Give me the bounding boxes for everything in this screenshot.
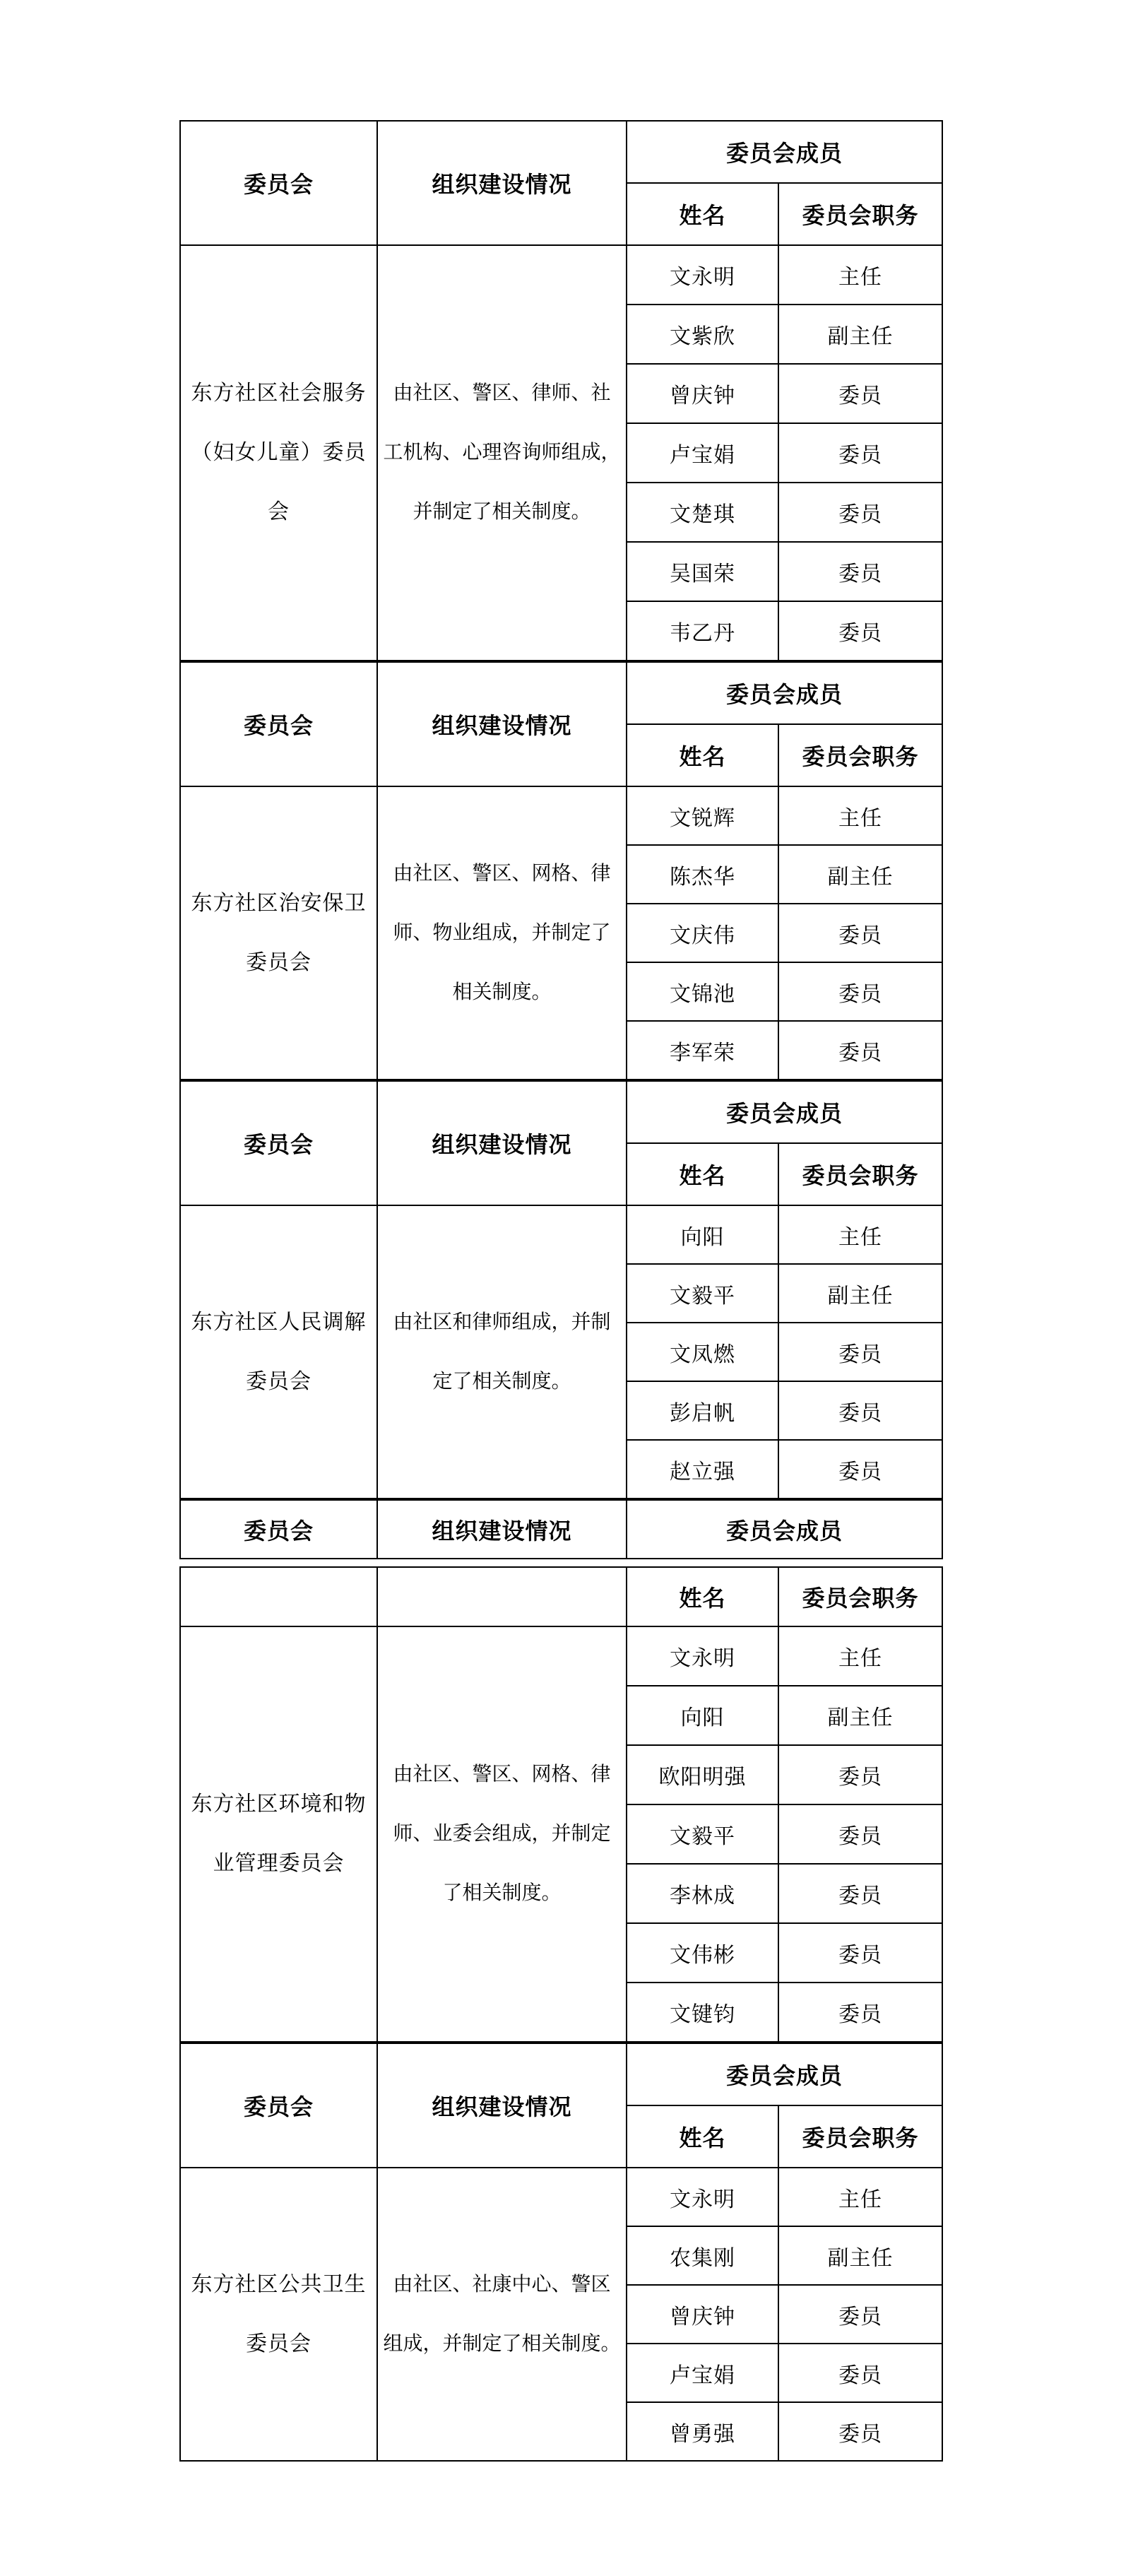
member-name-cell: 文锦池 [627,962,778,1021]
member-name-cell: 向阳 [627,1205,778,1264]
member-position-cell: 委员 [778,2402,942,2461]
header-cell-organization: 组织建设情况 [377,121,627,245]
member-name-cell: 吴国荣 [627,542,778,601]
member-name-cell: 农集刚 [627,2226,778,2285]
table-row: 东方社区治安保卫 委员会 由社区、警区、网格、律 师、物业组成，并制定了 相关制… [180,786,942,845]
header-cell-committee: 委员会 [180,1081,377,1205]
table-row: 委员会 组织建设情况 委员会成员 [180,1081,942,1143]
table-row: 东方社区公共卫生 委员会 由社区、社康中心、警区 组成，并制定了相关制度。 文永… [180,2168,942,2226]
member-position-cell: 委员 [778,601,942,661]
member-name-cell: 赵立强 [627,1440,778,1499]
member-position-cell: 委员 [778,2285,942,2344]
member-name-cell: 文楚琪 [627,483,778,542]
empty-cell [180,1567,377,1626]
header-cell-position: 委员会职务 [778,2105,942,2168]
member-position-cell: 委员 [778,904,942,962]
member-position-cell: 副主任 [778,2226,942,2285]
header-cell-members: 委员会成员 [627,121,942,183]
organization-cell: 由社区、社康中心、警区 组成，并制定了相关制度。 [377,2168,627,2461]
member-position-cell: 副主任 [778,305,942,364]
organization-cell: 由社区、警区、网格、律 师、业委会组成，并制定 了相关制度。 [377,1626,627,2042]
organization-line: 由社区、警区、网格、律 [393,844,610,904]
member-name-cell: 文永明 [627,1626,778,1686]
member-name-cell: 文伟彬 [627,1923,778,1983]
member-position-cell: 副主任 [778,1686,942,1745]
committee-table-section-4: 姓名 委员会职务 东方社区环境和物 业管理委员会 由社区、警区、网格、律 师、业… [179,1566,943,2043]
committee-name-line: 委员会 [246,1352,312,1412]
committee-name-line: 东方社区人民调解 [191,1293,367,1352]
member-name-cell: 李林成 [627,1864,778,1923]
committee-name-line: 委员会 [246,933,312,993]
header-cell-members: 委员会成员 [627,1500,942,1559]
organization-line: 组成，并制定了相关制度。 [383,2315,620,2374]
committee-name-cell: 东方社区人民调解 委员会 [180,1205,377,1499]
committee-name-line: （妇女儿童）委员 [191,423,367,483]
member-name-cell: 卢宝娟 [627,423,778,483]
member-name-cell: 文锐辉 [627,786,778,845]
member-name-cell: 曾庆钟 [627,2285,778,2344]
committee-name-line: 东方社区治安保卫 [191,874,367,933]
member-name-cell: 欧阳明强 [627,1745,778,1804]
member-name-cell: 文毅平 [627,1804,778,1864]
header-cell-organization: 组织建设情况 [377,662,627,786]
header-cell-name: 姓名 [627,2105,778,2168]
organization-line: 工机构、心理咨询师组成， [383,423,620,483]
header-cell-members: 委员会成员 [627,1081,942,1143]
header-cell-members: 委员会成员 [627,662,942,724]
committee-table-section-1: 委员会 组织建设情况 委员会成员 姓名 委员会职务 东方社区社会服务 （妇女儿童… [179,120,943,661]
member-name-cell: 文永明 [627,2168,778,2226]
header-cell-name: 姓名 [627,1143,778,1205]
organization-line: 定了相关制度。 [432,1352,571,1412]
member-name-cell: 文毅平 [627,1264,778,1323]
header-cell-position: 委员会职务 [778,183,942,245]
member-name-cell: 韦乙丹 [627,601,778,661]
header-cell-position: 委员会职务 [778,1567,942,1626]
header-cell-members: 委员会成员 [627,2043,942,2105]
committee-table-section-5: 委员会 组织建设情况 委员会成员 姓名 委员会职务 东方社区公共卫生 委员会 由… [179,2043,943,2462]
committee-name-line: 会 [268,483,290,542]
table-row: 东方社区人民调解 委员会 由社区和律师组成，并制 定了相关制度。 向阳 主任 [180,1205,942,1264]
table-row: 东方社区社会服务 （妇女儿童）委员 会 由社区、警区、律师、社 工机构、心理咨询… [180,245,942,305]
member-position-cell: 委员 [778,542,942,601]
header-cell-name: 姓名 [627,724,778,786]
member-position-cell: 委员 [778,1745,942,1804]
member-position-cell: 主任 [778,786,942,845]
member-position-cell: 主任 [778,2168,942,2226]
member-position-cell: 副主任 [778,845,942,904]
member-name-cell: 陈杰华 [627,845,778,904]
empty-cell [377,1567,627,1626]
member-position-cell: 委员 [778,364,942,423]
member-position-cell: 委员 [778,1864,942,1923]
organization-cell: 由社区、警区、网格、律 师、物业组成，并制定了 相关制度。 [377,786,627,1080]
committee-name-line: 东方社区环境和物 [191,1775,367,1834]
organization-line: 并制定了相关制度。 [413,483,591,542]
committee-name-line: 委员会 [246,2315,312,2374]
committee-name-cell: 东方社区治安保卫 委员会 [180,786,377,1080]
member-position-cell: 主任 [778,245,942,305]
header-cell-position: 委员会职务 [778,724,942,786]
table-row: 委员会 组织建设情况 委员会成员 [180,1500,942,1559]
member-position-cell: 委员 [778,1323,942,1381]
header-cell-position: 委员会职务 [778,1143,942,1205]
member-name-cell: 文永明 [627,245,778,305]
committee-name-line: 东方社区公共卫生 [191,2255,367,2315]
member-name-cell: 曾庆钟 [627,364,778,423]
organization-line: 了相关制度。 [442,1864,561,1923]
organization-line: 师、物业组成，并制定了 [393,904,610,963]
organization-line: 由社区和律师组成，并制 [393,1293,610,1352]
header-cell-name: 姓名 [627,183,778,245]
document-sheet: 委员会 组织建设情况 委员会成员 姓名 委员会职务 东方社区社会服务 （妇女儿童… [179,120,942,2462]
member-name-cell: 曾勇强 [627,2402,778,2461]
committee-table-split-header: 委员会 组织建设情况 委员会成员 [179,1499,943,1559]
member-position-cell: 委员 [778,962,942,1021]
committee-name-line: 业管理委员会 [213,1834,345,1893]
table-row: 姓名 委员会职务 [180,1567,942,1626]
committee-name-line: 东方社区社会服务 [191,364,367,423]
table-row: 委员会 组织建设情况 委员会成员 [180,662,942,724]
member-name-cell: 文凤燃 [627,1323,778,1381]
header-cell-committee: 委员会 [180,1500,377,1559]
member-position-cell: 副主任 [778,1264,942,1323]
member-name-cell: 李军荣 [627,1021,778,1080]
member-position-cell: 委员 [778,423,942,483]
organization-cell: 由社区和律师组成，并制 定了相关制度。 [377,1205,627,1499]
organization-line: 相关制度。 [452,963,551,1022]
header-cell-committee: 委员会 [180,662,377,786]
member-position-cell: 主任 [778,1205,942,1264]
organization-line: 由社区、警区、网格、律 [393,1745,610,1804]
member-position-cell: 委员 [778,483,942,542]
member-position-cell: 委员 [778,2344,942,2402]
header-cell-organization: 组织建设情况 [377,2043,627,2168]
member-name-cell: 向阳 [627,1686,778,1745]
header-cell-name: 姓名 [627,1567,778,1626]
header-cell-committee: 委员会 [180,121,377,245]
organization-cell: 由社区、警区、律师、社 工机构、心理咨询师组成， 并制定了相关制度。 [377,245,627,661]
committee-table-section-3: 委员会 组织建设情况 委员会成员 姓名 委员会职务 东方社区人民调解 委员会 由… [179,1080,943,1499]
member-name-cell: 卢宝娟 [627,2344,778,2402]
member-position-cell: 主任 [778,1626,942,1686]
committee-name-cell: 东方社区公共卫生 委员会 [180,2168,377,2461]
member-position-cell: 委员 [778,1983,942,2042]
header-cell-committee: 委员会 [180,2043,377,2168]
committee-name-cell: 东方社区环境和物 业管理委员会 [180,1626,377,2042]
member-position-cell: 委员 [778,1923,942,1983]
header-cell-organization: 组织建设情况 [377,1500,627,1559]
table-row: 东方社区环境和物 业管理委员会 由社区、警区、网格、律 师、业委会组成，并制定 … [180,1626,942,1686]
member-name-cell: 文庆伟 [627,904,778,962]
member-position-cell: 委员 [778,1804,942,1864]
member-position-cell: 委员 [778,1021,942,1080]
member-name-cell: 文键钧 [627,1983,778,2042]
member-name-cell: 彭启帆 [627,1381,778,1440]
organization-line: 由社区、警区、律师、社 [393,364,610,423]
member-position-cell: 委员 [778,1440,942,1499]
member-name-cell: 文紫欣 [627,305,778,364]
table-row: 委员会 组织建设情况 委员会成员 [180,2043,942,2105]
committee-table-section-2: 委员会 组织建设情况 委员会成员 姓名 委员会职务 东方社区治安保卫 委员会 由… [179,661,943,1080]
header-cell-organization: 组织建设情况 [377,1081,627,1205]
member-position-cell: 委员 [778,1381,942,1440]
table-row: 委员会 组织建设情况 委员会成员 [180,121,942,183]
organization-line: 由社区、社康中心、警区 [393,2255,610,2315]
organization-line: 师、业委会组成，并制定 [393,1804,610,1864]
committee-name-cell: 东方社区社会服务 （妇女儿童）委员 会 [180,245,377,661]
